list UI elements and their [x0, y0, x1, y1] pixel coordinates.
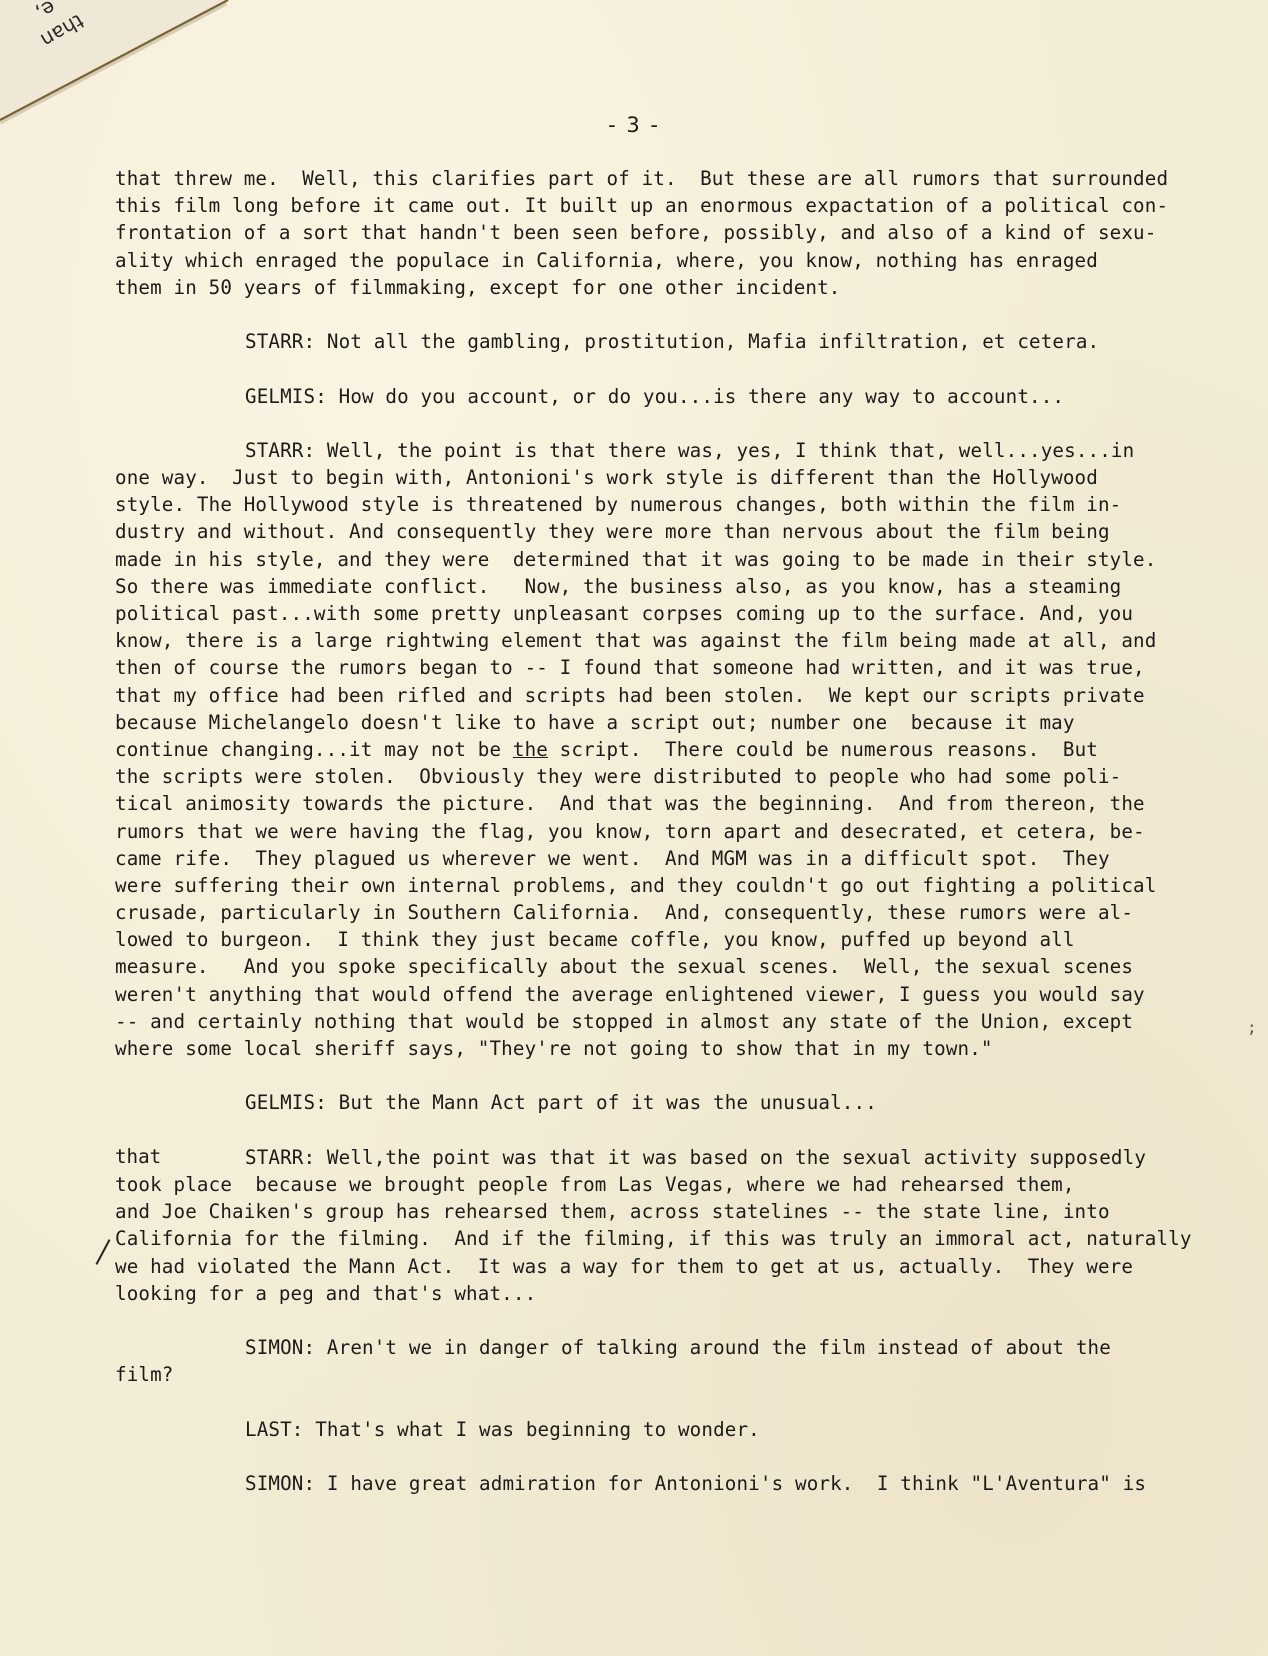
text-line: weren't anything that would offend the a…: [115, 981, 1215, 1008]
text-line: -- and certainly nothing that would be s…: [115, 1008, 1215, 1035]
text-line: STARR: Well,the point was that it was ba…: [115, 1144, 1215, 1171]
text-line: crusade, particularly in Southern Califo…: [115, 899, 1215, 926]
speaker-paragraph-gelmis: GELMIS: But the Mann Act part of it was …: [115, 1089, 1215, 1116]
text-line: and Joe Chaiken's group has rehearsed th…: [115, 1198, 1215, 1225]
paragraph-gap: [115, 1117, 1215, 1144]
paragraph-gap: [115, 1388, 1215, 1415]
text-line: one way. Just to begin with, Antonioni's…: [115, 464, 1215, 491]
continuation-paragraph: that threw me. Well, this clarifies part…: [115, 165, 1215, 301]
text-line: lowed to burgeon. I think they just beca…: [115, 926, 1215, 953]
text-line: where some local sheriff says, "They're …: [115, 1035, 1215, 1062]
speaker-paragraph-starr: STARR: Well, the point is that there was…: [115, 437, 1215, 1062]
text-line: know, there is a large rightwing element…: [115, 627, 1215, 654]
underlined-word: the: [513, 738, 548, 761]
text-line: political past...with some pretty unplea…: [115, 600, 1215, 627]
speaker-paragraph-starr: STARR: Not all the gambling, prostitutio…: [115, 328, 1215, 355]
text-line: frontation of a sort that handn't been s…: [115, 219, 1215, 246]
text-line: rumors that we were having the flag, you…: [115, 818, 1215, 845]
paragraph-gap: [115, 1443, 1215, 1470]
paragraph-gap: [115, 1307, 1215, 1334]
speaker-paragraph-starr: STARR: Well,the point was that it was ba…: [115, 1144, 1215, 1307]
text-line: ality which enraged the populace in Cali…: [115, 247, 1215, 274]
text-line: SIMON: I have great admiration for Anton…: [115, 1470, 1215, 1497]
text-line: we had violated the Mann Act. It was a w…: [115, 1253, 1215, 1280]
text-line: film?: [115, 1361, 1215, 1388]
text-line: STARR: Well, the point is that there was…: [115, 437, 1215, 464]
speaker-paragraph-simon: SIMON: I have great admiration for Anton…: [115, 1470, 1215, 1497]
text-line: measure. And you spoke specifically abou…: [115, 953, 1215, 980]
speaker-paragraph-simon: SIMON: Aren't we in danger of talking ar…: [115, 1334, 1215, 1388]
text-line: were suffering their own internal proble…: [115, 872, 1215, 899]
speaker-paragraph-last: LAST: That's what I was beginning to won…: [115, 1416, 1215, 1443]
text-line: the scripts were stolen. Obviously they …: [115, 763, 1215, 790]
text-line: dustry and without. And consequently the…: [115, 518, 1215, 545]
text-line: then of course the rumors began to -- I …: [115, 654, 1215, 681]
text-line: style. The Hollywood style is threatened…: [115, 491, 1215, 518]
paragraph-gap: [115, 1062, 1215, 1089]
speaker-paragraph-gelmis: GELMIS: How do you account, or do you...…: [115, 383, 1215, 410]
page-number: - 3 -: [0, 113, 1268, 137]
text-line: looking for a peg and that's what...: [115, 1280, 1215, 1307]
text-line: California for the filming. And if the f…: [115, 1225, 1215, 1252]
text-line: that my office had been rifled and scrip…: [115, 682, 1215, 709]
text-line: that threw me. Well, this clarifies part…: [115, 165, 1215, 192]
paragraph-gap: [115, 301, 1215, 328]
text-line: them in 50 years of filmmaking, except f…: [115, 274, 1215, 301]
text-line: this film long before it came out. It bu…: [115, 192, 1215, 219]
text-line: tical animosity towards the picture. And…: [115, 790, 1215, 817]
text-line: made in his style, and they were determi…: [115, 546, 1215, 573]
insertion-mark: [96, 1239, 111, 1265]
text-line: took place because we brought people fro…: [115, 1171, 1215, 1198]
text-line: So there was immediate conflict. Now, th…: [115, 573, 1215, 600]
text-line: LAST: That's what I was beginning to won…: [115, 1416, 1215, 1443]
text-line: STARR: Not all the gambling, prostitutio…: [115, 328, 1215, 355]
text-line: GELMIS: But the Mann Act part of it was …: [115, 1089, 1215, 1116]
stray-mark: ;: [1247, 1018, 1257, 1037]
paragraph-gap: [115, 410, 1215, 437]
paragraph-gap: [115, 355, 1215, 382]
text-line: continue changing...it may not be the sc…: [115, 736, 1215, 763]
text-line: SIMON: Aren't we in danger of talking ar…: [115, 1334, 1215, 1361]
text-line: because Michelangelo doesn't like to hav…: [115, 709, 1215, 736]
text-line: GELMIS: How do you account, or do you...…: [115, 383, 1215, 410]
transcript-body: that threw me. Well, this clarifies part…: [115, 165, 1215, 1497]
text-line: came rife. They plagued us wherever we w…: [115, 845, 1215, 872]
